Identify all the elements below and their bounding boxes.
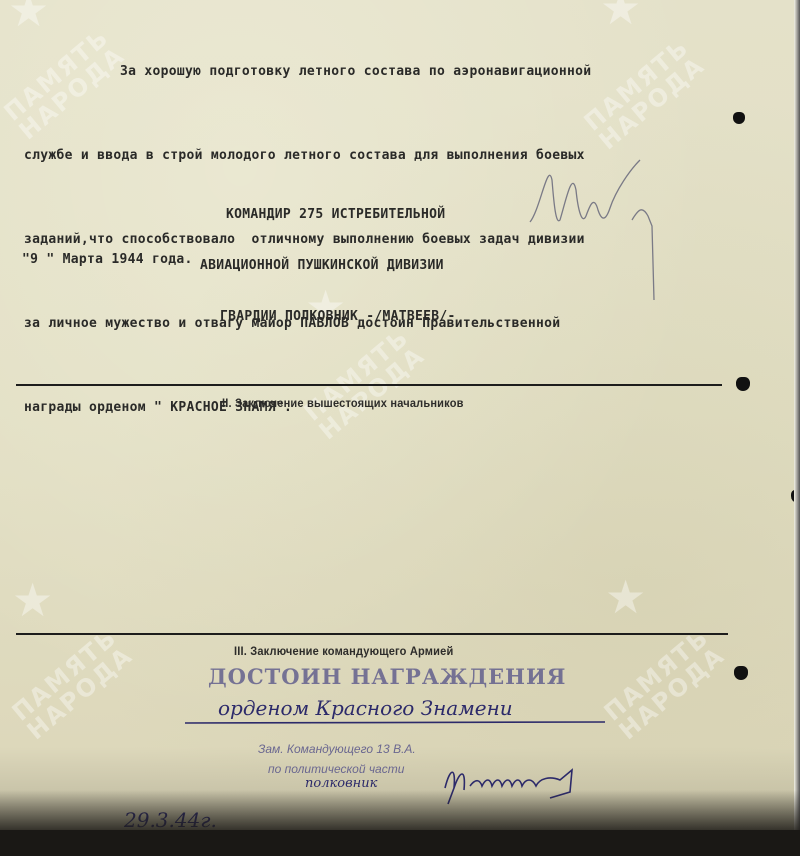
section-divider — [16, 633, 728, 635]
commander-signature-icon — [520, 150, 670, 310]
commander-block: КОМАНДИР 275 ИСТРЕБИТЕЛЬНОЙ АВИАЦИОННОЙ … — [200, 172, 456, 359]
award-handwritten: орденом Красного Знамени — [218, 696, 513, 720]
commander-line: АВИАЦИОННОЙ ПУШКИНСКОЙ ДИВИЗИИ — [200, 257, 456, 274]
page-edge — [794, 0, 800, 830]
section-3-heading: III. Заключение командующего Армией — [234, 644, 453, 658]
deputy-rank-handwritten: полковник — [305, 776, 377, 791]
deputy-stamp-line: по политической части — [268, 762, 404, 776]
punch-hole-icon — [736, 377, 750, 391]
final-date-handwritten: 29.3.44г. — [124, 808, 217, 830]
section-divider — [16, 384, 722, 386]
underline-icon — [185, 720, 605, 726]
deputy-signature-icon — [440, 758, 590, 808]
watermark-star-icon: ★ — [12, 578, 53, 624]
punch-hole-icon — [733, 112, 745, 124]
date-typed: "9 " Марта 1944 года. — [22, 246, 193, 274]
punch-hole-icon — [734, 666, 748, 680]
body-line: За хорошую подготовку летного состава по… — [24, 58, 764, 86]
section-2-heading: II. Заключение вышестоящих начальников — [222, 396, 464, 410]
commander-line: ГВАРДИИ ПОЛКОВНИК -/МАТВЕЕВ/- — [200, 308, 456, 325]
watermark-star-icon: ★ — [605, 575, 646, 621]
deputy-stamp-line: Зам. Командующего 13 В.А. — [258, 742, 416, 756]
approval-stamp: ДОСТОИН НАГРАЖДЕНИЯ — [208, 664, 566, 689]
archive-document-page: ★ ПАМЯТЬ НАРОДА ★ ПАМЯТЬ НАРОДА ★ ПАМЯТЬ… — [0, 0, 800, 830]
watermark-text: ПАМЯТЬ НАРОДА — [600, 624, 729, 743]
watermark-text: ПАМЯТЬ НАРОДА — [8, 624, 137, 743]
commander-line: КОМАНДИР 275 ИСТРЕБИТЕЛЬНОЙ — [200, 206, 456, 223]
